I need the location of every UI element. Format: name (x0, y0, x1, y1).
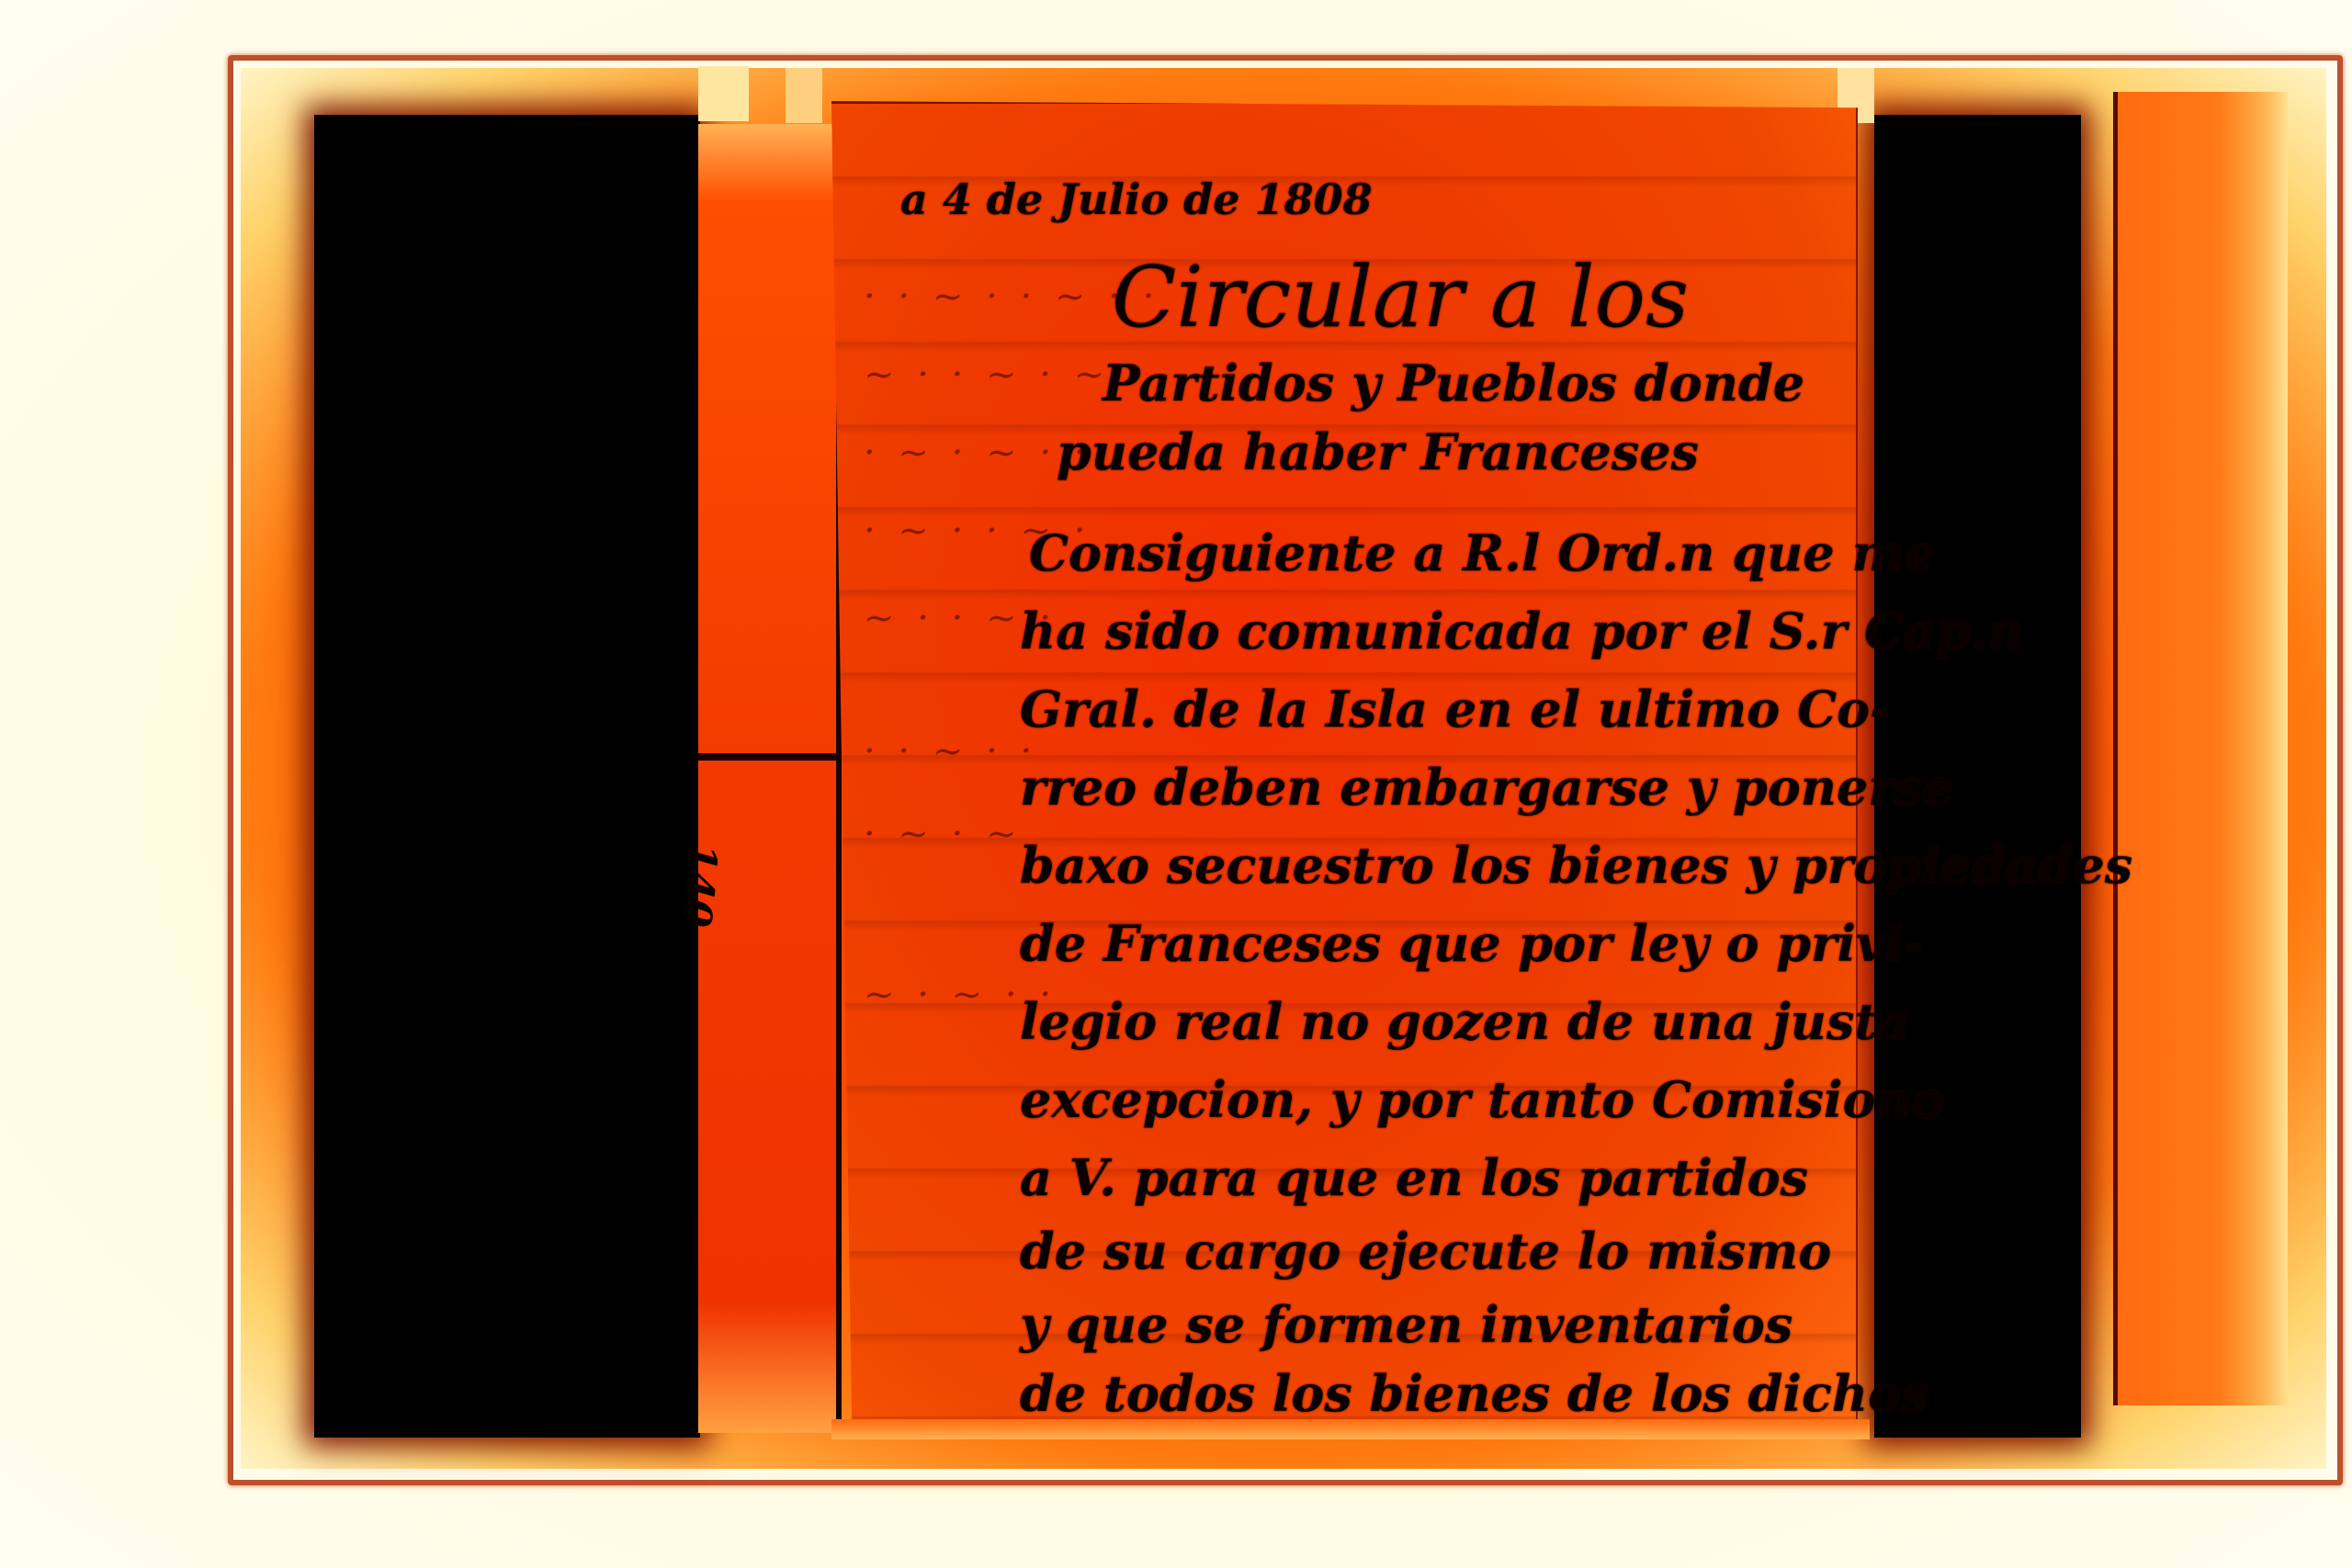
header-date: a 4 de Julio de 1808 (900, 175, 1373, 224)
body-line: y que se formen inventarios (1020, 1295, 1792, 1354)
adjacent-page (2113, 92, 2288, 1405)
left-black-mask (314, 115, 700, 1438)
body-line: baxo secuestro los bienes y propiedades (1020, 836, 2132, 895)
bleed-through-text: · ~ · ~ (864, 813, 1023, 855)
folded-margin-strip (698, 124, 842, 1433)
body-line: Gral. de la Isla en el ultimo Co- (1020, 680, 1891, 739)
subtitle-line: pueda haber Franceses (1057, 423, 1699, 481)
body-line: excepcion, y por tanto Comisiono (1020, 1070, 1945, 1129)
body-line: de su cargo ejecute lo mismo (1020, 1222, 1831, 1280)
strip-fold-line (698, 753, 842, 761)
body-line: de todos los bienes de los dichos (1020, 1364, 1929, 1423)
document-title: Circular a los (1112, 248, 1689, 346)
body-line: ha sido comunicada por el S.r Cap.n (1020, 602, 2024, 660)
subtitle-line: Partidos y Pueblos donde (1102, 354, 1804, 412)
margin-note: 140 (672, 841, 726, 930)
bleed-through-text: · · ~ · · (864, 730, 1037, 773)
body-line: rreo deben embargarse y ponerse (1020, 758, 1954, 817)
top-tab (698, 66, 749, 121)
body-line: de Franceses que por ley o privi- (1020, 914, 1924, 973)
bleed-through-text: ~ · · ~ · ~ (864, 354, 1110, 396)
top-tab (786, 68, 822, 123)
body-line: Consiguiente a R.l Ord.n que me (1029, 524, 1936, 582)
body-line: a V. para que en los partidos (1020, 1148, 1808, 1207)
body-line: legio real no gozen de una justa (1020, 992, 1909, 1051)
